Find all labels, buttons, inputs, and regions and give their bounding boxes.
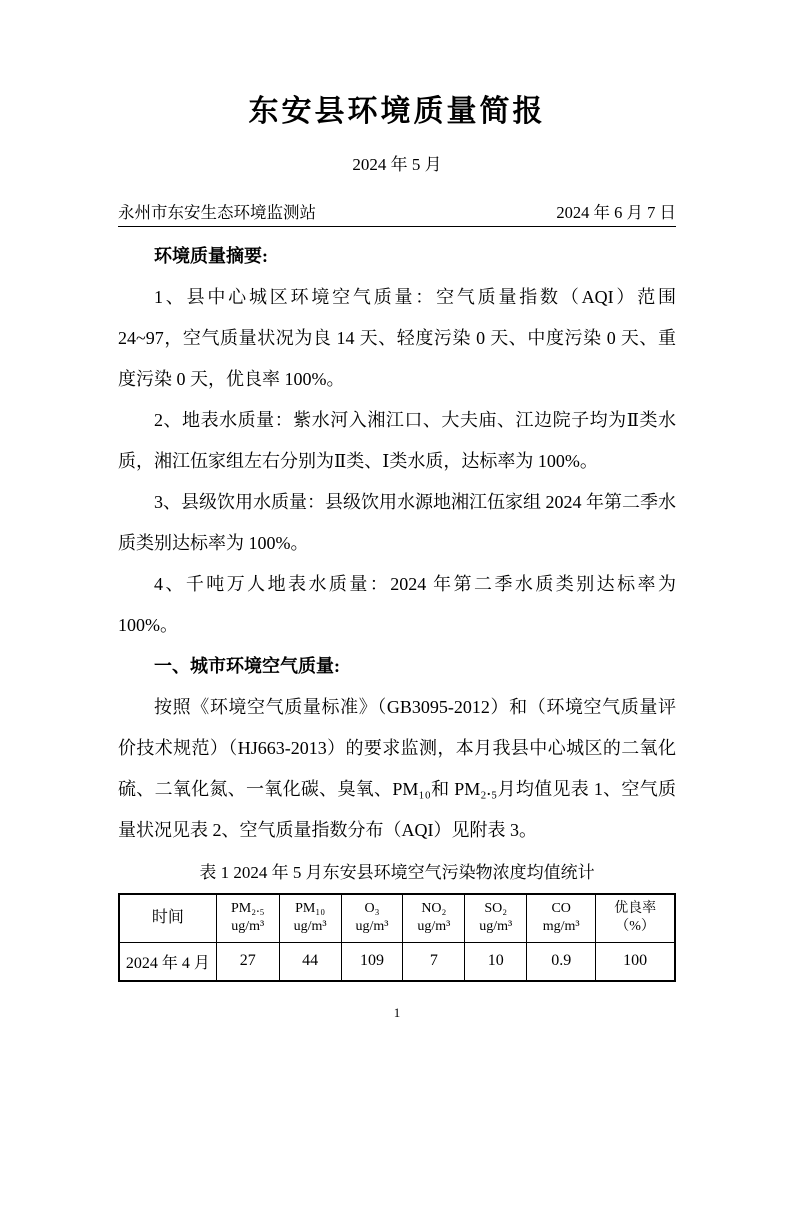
document-body: 环境质量摘要: 1、县中心城区环境空气质量：空气质量指数（AQI）范围 24~9… [118, 236, 676, 851]
document-page: 东安县环境质量简报 2024 年 5 月 永州市东安生态环境监测站 2024 年… [0, 92, 792, 1213]
header-co-unit: mg/m³ [527, 918, 595, 936]
summary-item-air: 1、县中心城区环境空气质量：空气质量指数（AQI）范围 24~97，空气质量状况… [118, 277, 676, 400]
header-no2-unit: ug/m³ [403, 918, 464, 936]
header-so2-label: SO₂ [465, 900, 526, 918]
header-cell-time: 时间 [119, 894, 216, 942]
table-row: 2024 年 4 月 27 44 109 7 10 0.9 100 [119, 942, 675, 981]
summary-item-rural-water: 4、千吨万人地表水质量：2024 年第二季水质类别达标率为 100%。 [118, 564, 676, 646]
header-no2-label: NO₂ [403, 900, 464, 918]
table1-caption: 表 1 2024 年 5 月东安县环境空气污染物浓度均值统计 [118, 858, 676, 888]
air-quality-table-header: 时间 PM₂.₅ ug/m³ PM₁₀ ug/m³ O₃ ug/m³ NO₂ u… [119, 894, 675, 942]
header-o3-label: O₃ [342, 900, 403, 918]
cell-time: 2024 年 4 月 [119, 942, 216, 981]
header-cell-pm10: PM₁₀ ug/m³ [279, 894, 341, 942]
summary-item-surface-water: 2、地表水质量：紫水河入湘江口、大夫庙、江边院子均为Ⅱ类水质，湘江伍家组左右分别… [118, 400, 676, 482]
org-date-row: 永州市东安生态环境监测站 2024 年 6 月 7 日 [118, 202, 676, 227]
org-name: 永州市东安生态环境监测站 [118, 202, 316, 224]
header-pm10-label: PM₁₀ [280, 900, 341, 918]
header-pm25-label: PM₂.₅ [217, 900, 279, 918]
summary-item-drinking-water: 3、县级饮用水质量：县级饮用水源地湘江伍家组 2024 年第二季水质类别达标率为… [118, 482, 676, 564]
cell-no2: 7 [403, 942, 465, 981]
header-cell-good-rate: 优良率 （%） [596, 894, 675, 942]
cell-co: 0.9 [527, 942, 596, 981]
cell-so2: 10 [465, 942, 527, 981]
header-cell-co: CO mg/m³ [527, 894, 596, 942]
section-air-heading: 一、城市环境空气质量: [118, 646, 676, 687]
cell-good-rate: 100 [596, 942, 675, 981]
header-so2-unit: ug/m³ [465, 918, 526, 936]
page-title: 东安县环境质量简报 [118, 92, 676, 132]
header-pm25-unit: ug/m³ [217, 918, 279, 936]
header-cell-pm25: PM₂.₅ ug/m³ [216, 894, 279, 942]
header-cell-no2: NO₂ ug/m³ [403, 894, 465, 942]
cell-pm25: 27 [216, 942, 279, 981]
air-quality-table: 时间 PM₂.₅ ug/m³ PM₁₀ ug/m³ O₃ ug/m³ NO₂ u… [118, 893, 676, 982]
header-co-label: CO [527, 900, 595, 918]
header-good-rate-unit: （%） [596, 918, 674, 936]
cell-pm10: 44 [279, 942, 341, 981]
table-header-row: 时间 PM₂.₅ ug/m³ PM₁₀ ug/m³ O₃ ug/m³ NO₂ u… [119, 894, 675, 942]
report-period: 2024 年 5 月 [118, 153, 676, 177]
header-cell-so2: SO₂ ug/m³ [465, 894, 527, 942]
issue-date: 2024 年 6 月 7 日 [556, 202, 676, 224]
section-air-body: 按照《环境空气质量标准》（GB3095-2012）和（环境空气质量评价技术规范）… [118, 687, 676, 851]
cell-o3: 109 [341, 942, 403, 981]
header-time-label: 时间 [120, 909, 216, 927]
air-quality-table-body: 2024 年 4 月 27 44 109 7 10 0.9 100 [119, 942, 675, 981]
header-o3-unit: ug/m³ [342, 918, 403, 936]
header-cell-o3: O₃ ug/m³ [341, 894, 403, 942]
header-pm10-unit: ug/m³ [280, 918, 341, 936]
page-number: 1 [118, 1004, 676, 1022]
summary-heading: 环境质量摘要: [118, 236, 676, 277]
header-good-rate-label: 优良率 [596, 900, 674, 918]
